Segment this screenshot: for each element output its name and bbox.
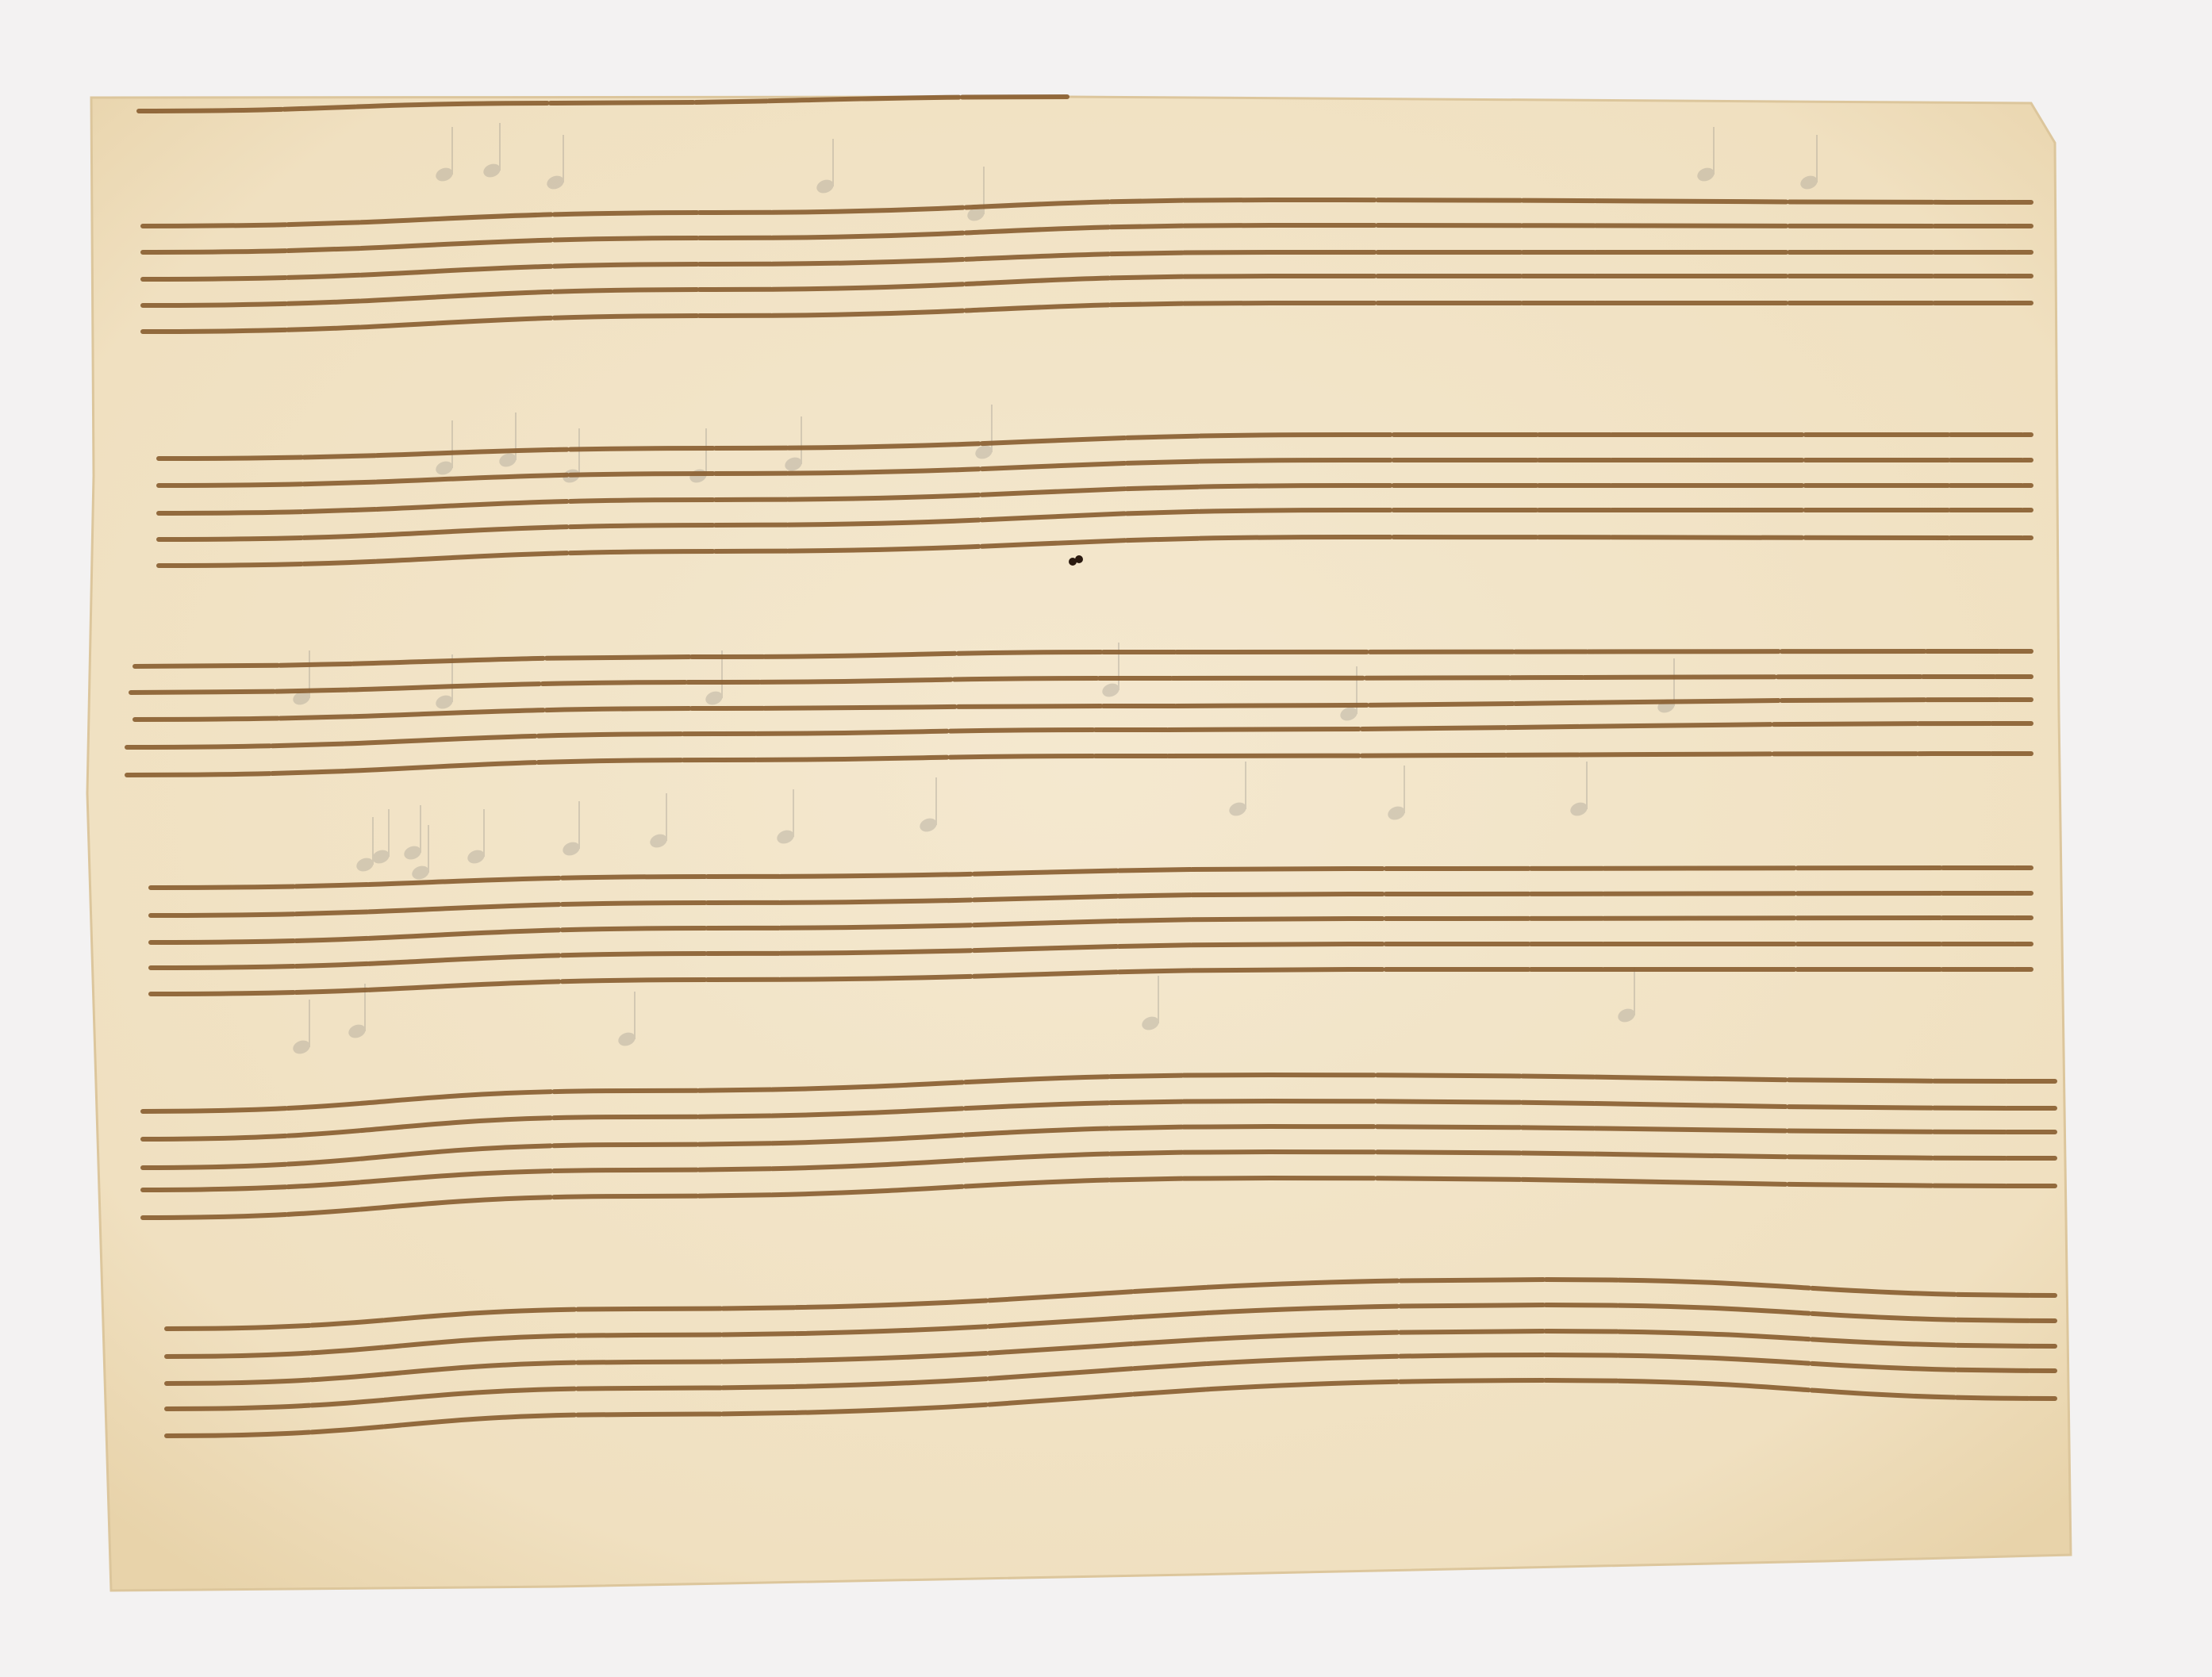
bleed-through-stem [451,420,453,468]
bleed-through-stem [309,1000,310,1047]
bleed-through-stem [483,809,485,857]
manuscript-scan [0,0,2212,1677]
bleed-through-stem [578,801,580,849]
bleed-through-stem [793,789,794,837]
bleed-through-stem [420,805,421,853]
bleed-through-stem [1404,766,1405,813]
paper-sheet [87,97,2071,1591]
bleed-through-stem [578,428,580,476]
bleed-through-stem [1816,135,1818,182]
bleed-through-stem [388,809,390,857]
bleed-through-stem [634,992,636,1039]
bleed-through-stem [801,416,802,464]
bleed-through-stem [1713,127,1715,175]
bleed-through-stem [428,825,429,873]
bleed-through-stem [1245,762,1246,809]
ink-speck [1069,558,1077,566]
bleed-through-stem [832,139,834,186]
bleed-through-stem [935,777,937,825]
bleed-through-stem [499,123,501,171]
bleed-through-stem [1586,762,1588,809]
bleed-through-stem [563,135,564,182]
bleed-through-stem [705,428,707,476]
bleed-through-stem [1158,976,1159,1023]
bleed-through-stem [1673,658,1675,706]
bleed-through-stem [1634,968,1635,1015]
bleed-through-stem [666,793,667,841]
bleed-through-stem [451,127,453,175]
